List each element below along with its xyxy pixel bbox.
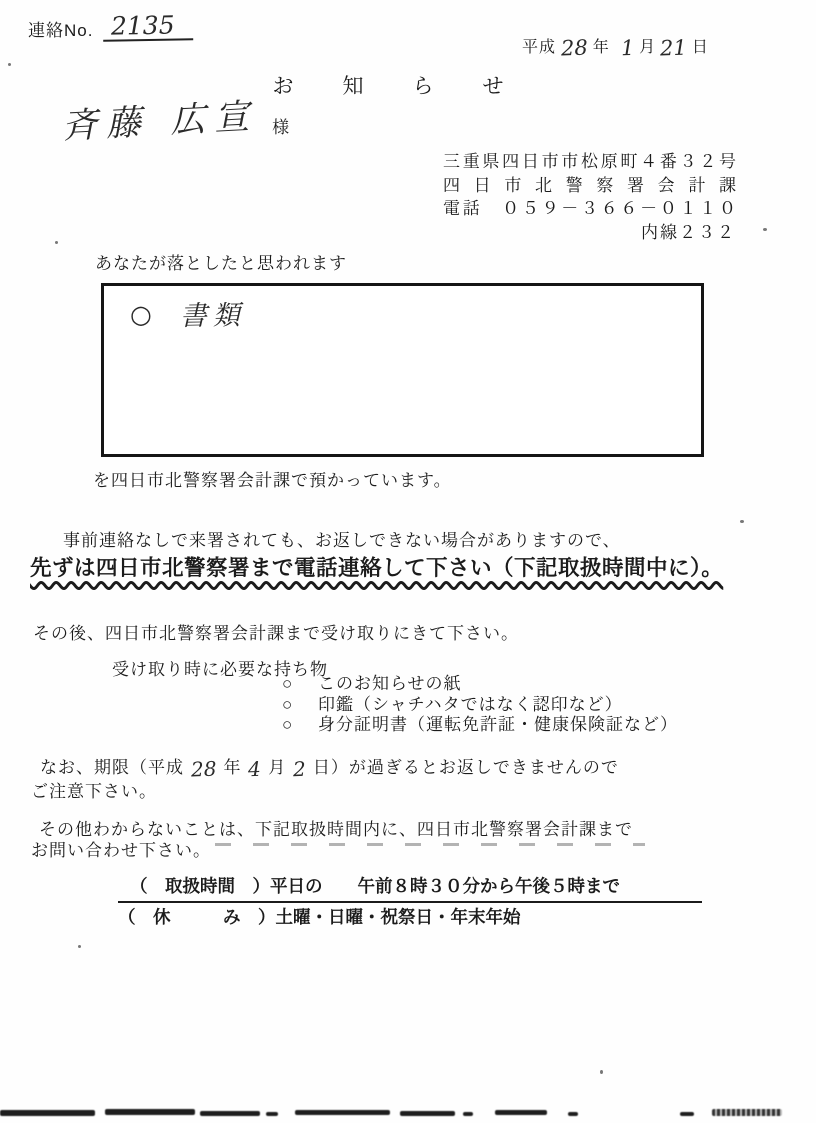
scan-artifact xyxy=(200,1111,260,1116)
issue-date-month: 1 xyxy=(620,38,634,58)
scan-artifact xyxy=(8,63,11,66)
notice-line-1: 事前連絡なしで来署されても、お返しできない場合がありますので、 xyxy=(63,526,621,551)
scan-artifact xyxy=(495,1110,547,1115)
scan-artifact xyxy=(295,1110,390,1115)
issue-date-year-suffix: 年 xyxy=(593,34,609,58)
notice-emphasis: 先ずは四日市北警察署まで電話連絡して下さい（下記取扱時間中に）。 xyxy=(30,551,723,582)
inquiry-line-2: お問い合わせ下さい。 xyxy=(31,836,211,861)
deadline-prefix: なお、期限（平成 xyxy=(40,753,184,778)
contact-number-label: 連絡No. xyxy=(28,16,93,41)
scan-artifact xyxy=(463,1112,473,1116)
issue-date: 平成 28 年 1 月 21 日 xyxy=(522,34,708,58)
circle-marker-icon: ○ xyxy=(282,674,302,695)
scan-artifact xyxy=(740,520,744,523)
issue-date-year: 28 xyxy=(561,38,588,59)
contact-number: 連絡No. 2135 xyxy=(28,14,193,41)
sender-office: 四日市北警察署会計課 xyxy=(443,174,736,198)
sender-block: 三重県四日市市松原町４番３２号 四日市北警察署会計課 電話 ０５９－３６６－０１… xyxy=(443,150,736,244)
found-item-text: 書類 xyxy=(179,293,246,333)
sender-address: 三重県四日市市松原町４番３２号 xyxy=(443,150,736,174)
scan-artifact xyxy=(763,228,767,231)
recipient-name: 斉藤 広宣 xyxy=(61,95,259,149)
list-item-text: このお知らせの紙 xyxy=(318,674,462,695)
scan-artifact-dashes xyxy=(215,843,645,846)
intro-text: あなたが落としたと思われます xyxy=(95,249,347,274)
scan-artifact xyxy=(105,1109,195,1115)
hours-line-1: （ 取扱時間 ）平日の 午前８時３０分から午後５時まで xyxy=(118,873,702,903)
deadline-month-suffix: 月 xyxy=(268,753,286,778)
scan-artifact xyxy=(680,1112,694,1116)
list-item: ○ 身分証明書（運転免許証・健康保険証など） xyxy=(282,715,678,736)
scan-artifact xyxy=(568,1112,578,1116)
recipient: 斉藤 広宣 様 xyxy=(62,100,290,144)
deadline-year-suffix: 年 xyxy=(223,753,241,778)
issue-date-era: 平成 xyxy=(522,34,556,58)
deadline-year: 28 xyxy=(191,760,217,779)
scan-artifact xyxy=(55,241,58,244)
kept-line: を四日市北警察署会計課で預かっています。 xyxy=(93,466,452,491)
scan-artifact xyxy=(0,1110,95,1116)
sender-extension: 内線２３２ xyxy=(443,221,736,245)
hours-line-2: （ 休 み ）土曜・日曜・祝祭日・年末年始 xyxy=(118,903,702,929)
belongings-list: ○ このお知らせの紙 ○ 印鑑（シャチハタではなく認印など） ○ 身分証明書（運… xyxy=(282,674,678,736)
scan-artifact xyxy=(266,1112,278,1116)
list-item-text: 印鑑（シャチハタではなく認印など） xyxy=(318,695,623,716)
deadline-line: なお、期限（平成 28 年 4 月 2 日）が過ぎるとお返しできませんので xyxy=(40,753,619,778)
issue-date-day: 21 xyxy=(660,38,687,59)
issue-date-day-suffix: 日 xyxy=(692,34,708,58)
sender-phone: 電話 ０５９－３６６－０１１０ xyxy=(443,197,736,221)
deadline-line-2: ご注意下さい。 xyxy=(31,777,157,802)
found-item-entry: ○ 書類 xyxy=(130,293,246,334)
list-item: ○ 印鑑（シャチハタではなく認印など） xyxy=(282,695,678,716)
circle-marker-icon: ○ xyxy=(130,300,158,329)
notice-line-2: その後、四日市北警察署会計課まで受け取りにきて下さい。 xyxy=(33,619,519,644)
scan-artifact xyxy=(712,1109,782,1116)
deadline-day: 2 xyxy=(293,760,306,778)
issue-date-month-suffix: 月 xyxy=(639,34,655,58)
circle-marker-icon: ○ xyxy=(282,695,302,716)
circle-marker-icon: ○ xyxy=(282,715,302,736)
notice-document: 連絡No. 2135 平成 28 年 1 月 21 日 お 知 ら せ 斉藤 広… xyxy=(0,0,816,1123)
scan-artifact xyxy=(400,1111,455,1116)
scan-artifact xyxy=(600,1070,603,1074)
contact-number-value: 2135 xyxy=(103,13,193,42)
deadline-month: 4 xyxy=(248,760,261,778)
hours-block: （ 取扱時間 ）平日の 午前８時３０分から午後５時まで （ 休 み ）土曜・日曜… xyxy=(118,873,702,929)
page-title: お 知 ら せ xyxy=(0,70,790,100)
list-item-text: 身分証明書（運転免許証・健康保険証など） xyxy=(318,715,678,736)
deadline-day-suffix: 日）が過ぎるとお返しできませんので xyxy=(313,753,619,778)
scan-artifact xyxy=(78,945,81,948)
list-item: ○ このお知らせの紙 xyxy=(282,674,678,695)
recipient-honorific: 様 xyxy=(272,113,290,144)
found-item-box: ○ 書類 xyxy=(101,283,704,457)
